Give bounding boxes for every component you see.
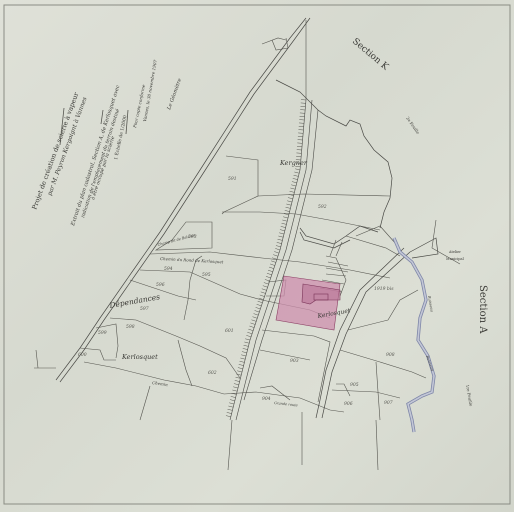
parcel-number: 1919 bis bbox=[374, 286, 394, 292]
section-k-label: Section K 2e Feuille bbox=[350, 37, 421, 136]
label-chemin-south: Chemin bbox=[152, 380, 169, 387]
cadastral-map-sheet: Projet de création de scierie à vapeur p… bbox=[0, 0, 514, 512]
roads bbox=[34, 18, 310, 382]
title-line-1: Projet de création de scierie à vapeur bbox=[29, 90, 80, 211]
label-kerlosquet-west: Kerlosquet bbox=[121, 353, 158, 361]
parcel-number: 593 bbox=[188, 234, 197, 240]
label-atelier: Atelier bbox=[448, 250, 461, 254]
parcel-number: 602 bbox=[208, 370, 217, 376]
parcel-number: 598 bbox=[126, 324, 135, 330]
parcel-number: 599 bbox=[98, 330, 107, 336]
parcel-number: 595 bbox=[202, 272, 211, 278]
parcel-number: 907 bbox=[384, 400, 393, 406]
parcel-number: 597 bbox=[140, 306, 149, 312]
railway bbox=[226, 100, 318, 420]
parcel-number: 594 bbox=[164, 266, 173, 272]
section-k-sheet: 2e Feuille bbox=[405, 116, 421, 136]
river-ruisseau: Ruisseau Ruisseau bbox=[394, 238, 435, 432]
label-atelier-2: Municipal bbox=[446, 257, 465, 261]
parcel-number: 906 bbox=[344, 401, 353, 407]
project-site-highlight bbox=[276, 276, 340, 330]
title-block: Projet de création de scierie à vapeur p… bbox=[29, 59, 183, 227]
section-a-sheet: 1re Feuille bbox=[465, 384, 474, 407]
parcel-number: 905 bbox=[350, 382, 359, 388]
section-k-text: Section K bbox=[350, 37, 390, 73]
parcel-boundaries bbox=[80, 80, 460, 470]
parcel-number: 908 bbox=[386, 352, 395, 358]
river-label: Ruisseau bbox=[427, 294, 434, 313]
parcel-number: 591 bbox=[228, 176, 237, 182]
label-kergner: Kergner bbox=[279, 159, 308, 167]
parcel-number: 592 bbox=[318, 204, 327, 210]
signature: Le Géomètre bbox=[165, 77, 183, 111]
section-a-label: Section A 1re Feuille bbox=[465, 285, 488, 407]
parcel-number: 601 bbox=[225, 328, 234, 334]
map-canvas: Projet de création de scierie à vapeur p… bbox=[0, 0, 514, 512]
river-label-2: Ruisseau bbox=[425, 354, 435, 372]
title-line-4: indication de l'emplacement du terrain d… bbox=[79, 108, 121, 219]
parcel-number: 903 bbox=[290, 358, 299, 364]
parcel-number: 596 bbox=[156, 282, 165, 288]
label-grande-route: Grande route bbox=[274, 401, 298, 407]
section-a-text: Section A bbox=[477, 285, 488, 334]
parcel-number: 600 bbox=[78, 352, 87, 358]
label-chemin: Chemin du Rond de Kerlosquet bbox=[160, 256, 224, 264]
parcel-number: 904 bbox=[262, 396, 271, 402]
